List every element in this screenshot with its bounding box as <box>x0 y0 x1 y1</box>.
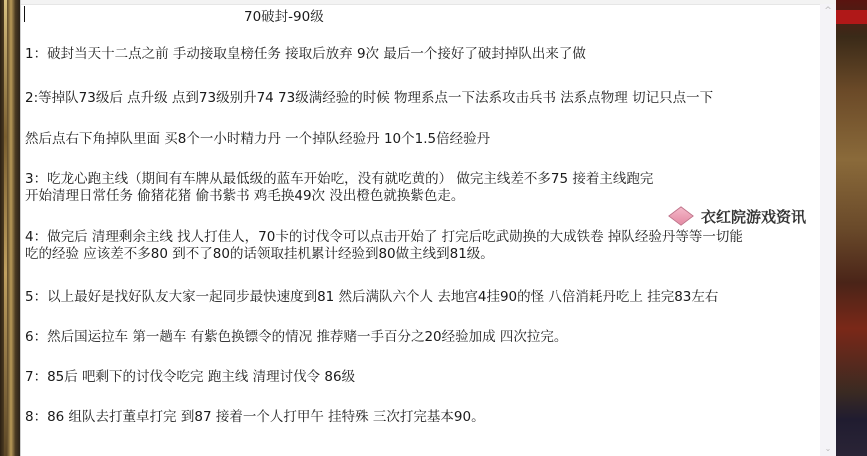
watermark-text: 衣红院游戏资讯 <box>701 206 806 227</box>
text-line-1: 1：破封当天十二点之前 手动接取皇榜任务 接取后放弃 9次 最后一个接好了破封掉… <box>25 45 586 63</box>
text-line-6: 4：做完后 清理剩余主线 找人打佳人，70卡的讨伐令可以点击开始了 打完后吃武勋… <box>25 228 743 246</box>
vertical-scrollbar[interactable] <box>820 4 836 456</box>
watermark: 衣红院游戏资讯 <box>673 206 806 226</box>
text-content-area[interactable]: 70破封-90级 1：破封当天十二点之前 手动接取皇榜任务 接取后放弃 9次 最… <box>25 4 815 456</box>
text-line-4: 3：吃龙心跑主线（期间有车牌从最低级的蓝车开始吃，没有就吃黄的） 做完主线差不多… <box>25 170 653 188</box>
scroll-up-arrow-icon[interactable]: ^ <box>822 6 834 16</box>
game-background-left <box>0 0 22 456</box>
document-title: 70破封-90级 <box>244 8 324 26</box>
text-line-8: 5：以上最好是找好队友大家一起同步最快速度到81 然后满队六个人 去地宫4挂90… <box>25 288 718 306</box>
scroll-down-arrow-icon[interactable]: ⌄ <box>822 444 834 454</box>
game-ui-fragment <box>836 10 867 24</box>
text-line-10: 7：85后 吧剩下的讨伐令吃完 跑主线 清理讨伐令 86级 <box>25 368 355 386</box>
text-editor-window[interactable]: 70破封-90级 1：破封当天十二点之前 手动接取皇榜任务 接取后放弃 9次 最… <box>20 0 836 456</box>
text-line-9: 6：然后国运拉车 第一趟车 有紫色换镖令的情况 推荐赌一手百分之20经验加成 四… <box>25 328 567 346</box>
text-line-5: 开始清理日常任务 偷猪花猪 偷书紫书 鸡毛换49次 没出橙色就换紫色走。 <box>25 187 464 205</box>
text-line-2: 2:等掉队73级后 点升级 点到73级别升74 73级满经验的时候 物理系点一下… <box>25 89 713 107</box>
text-line-3: 然后点右下角掉队里面 买8个一小时精力丹 一个掉队经验丹 10个1.5倍经验丹 <box>25 130 490 148</box>
text-line-7: 吃的经验 应该差不多80 到不了80的话领取挂机累计经验到80做主线到81级。 <box>25 245 494 263</box>
game-background-right <box>835 0 867 456</box>
text-line-11: 8：86 组队去打董卓打完 到87 接着一个人打甲午 挂特殊 三次打完基本90。 <box>25 408 485 426</box>
